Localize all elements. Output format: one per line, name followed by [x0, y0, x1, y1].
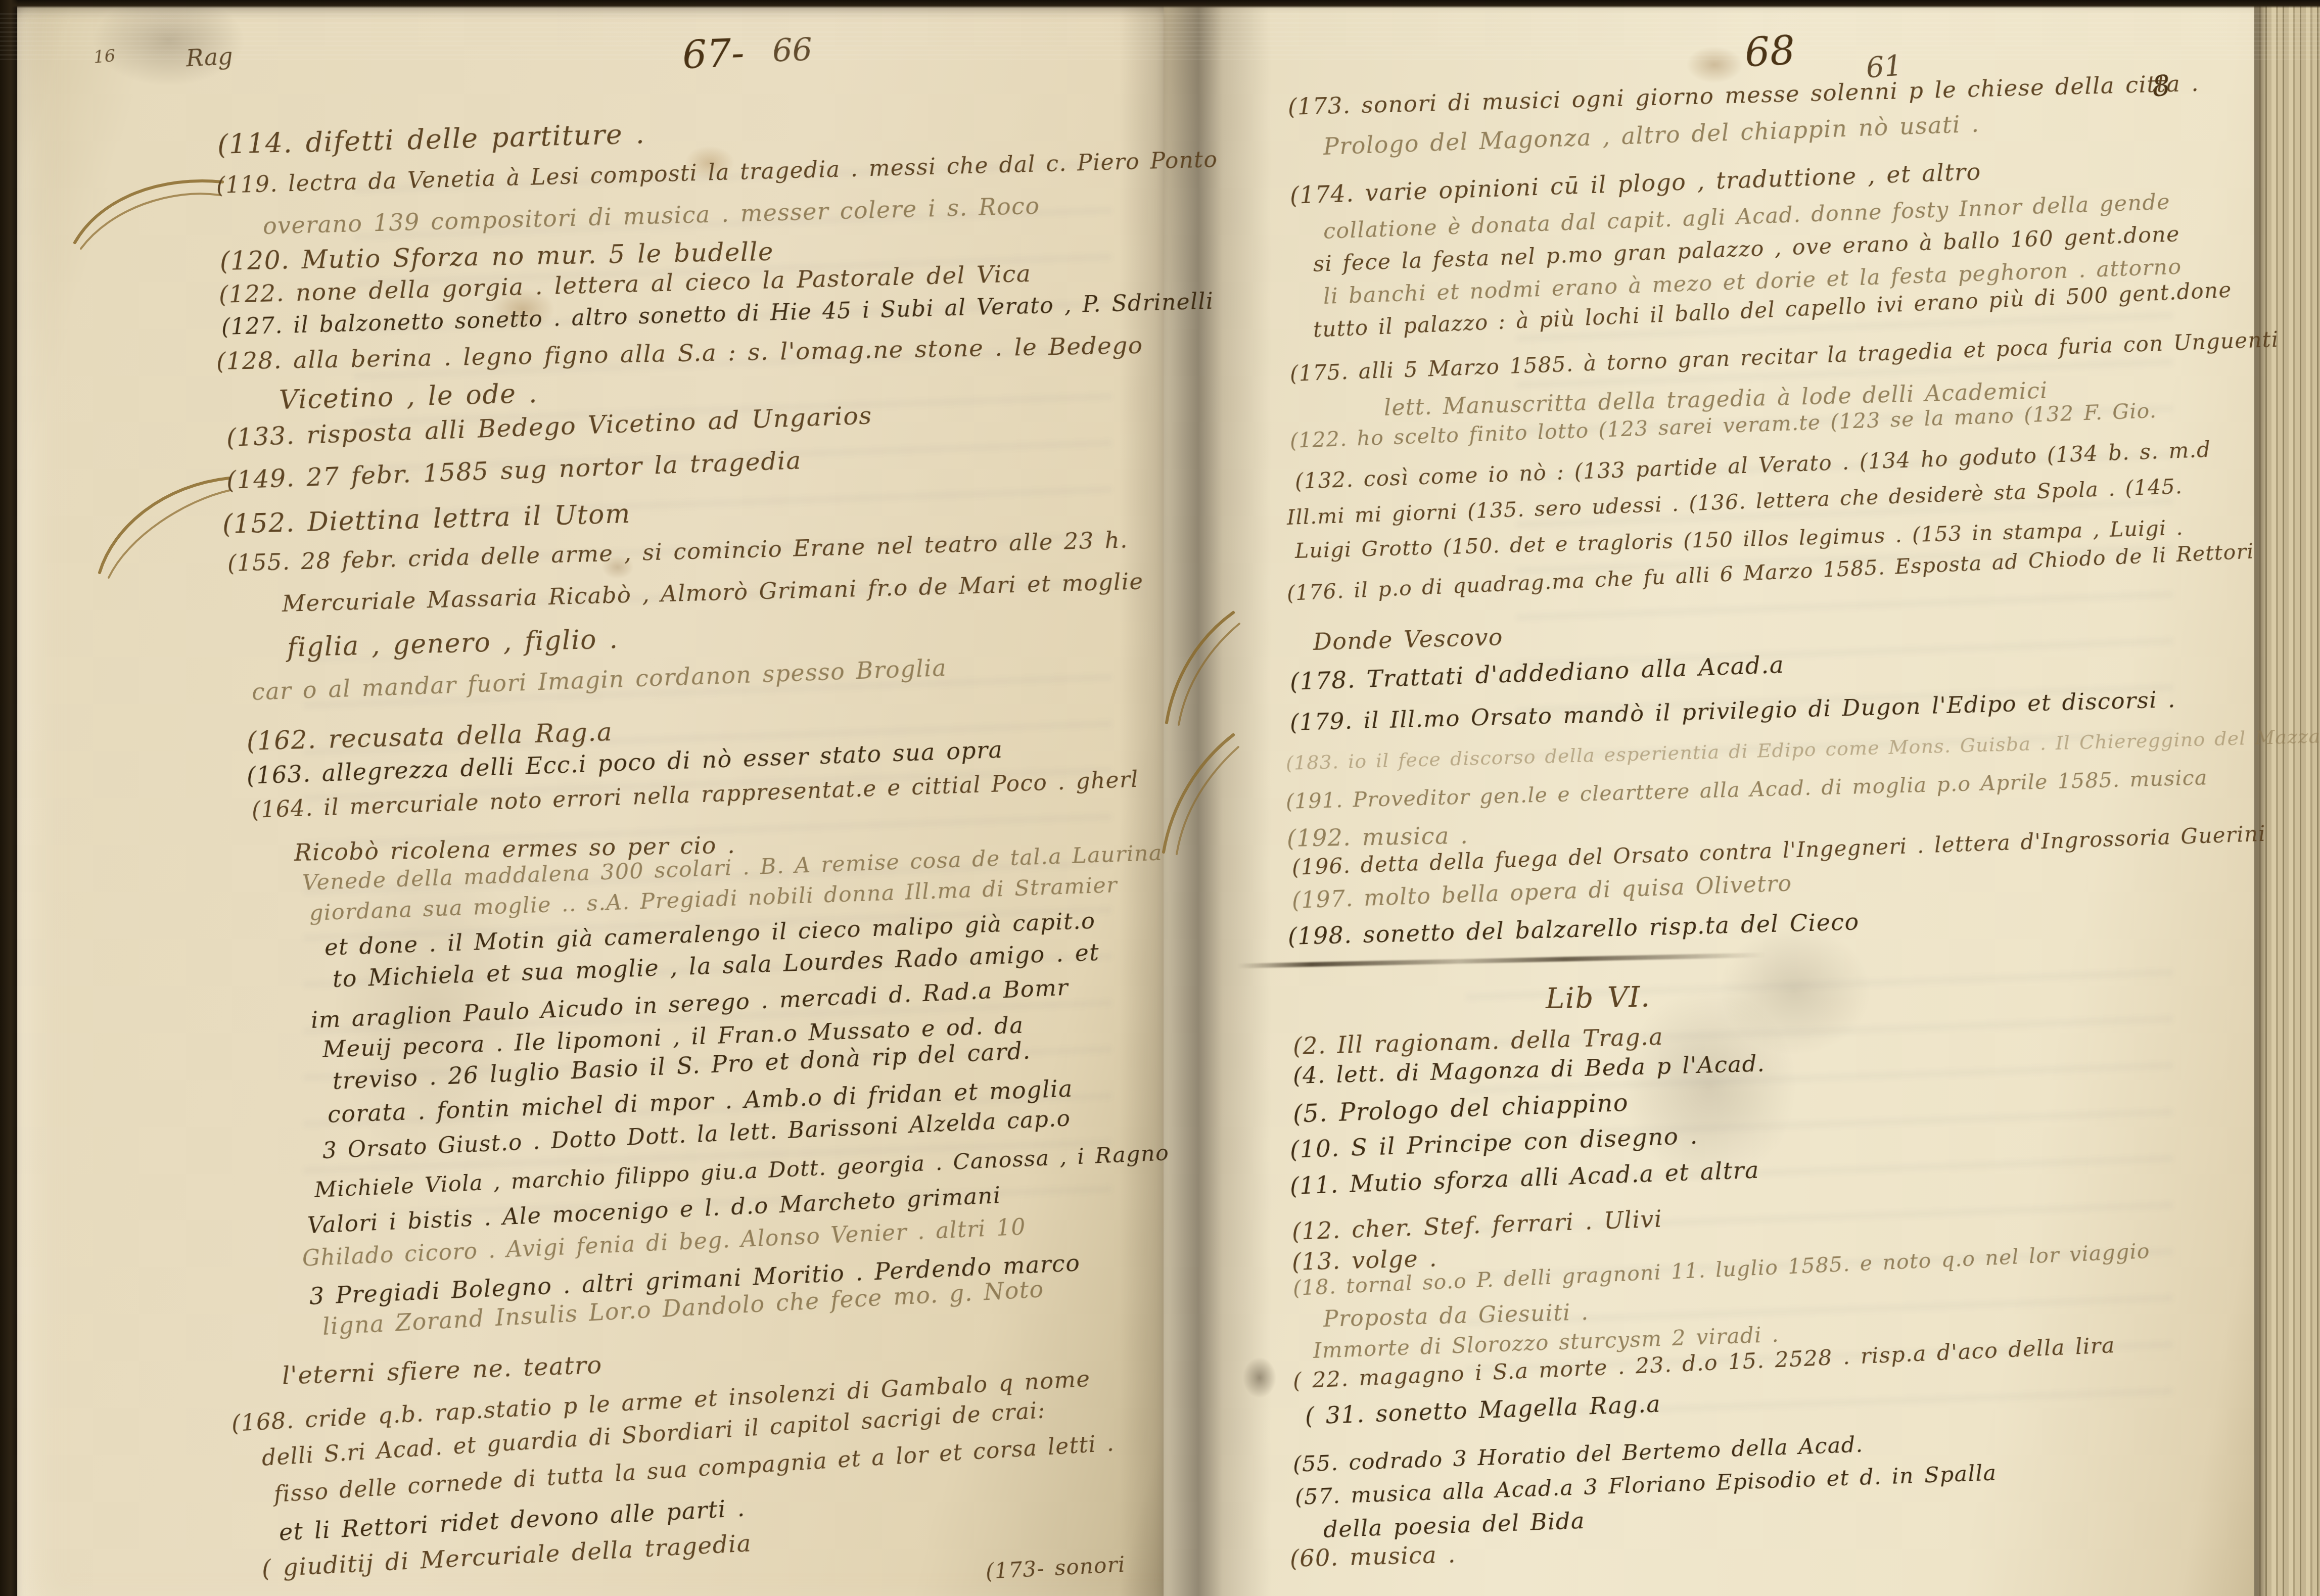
manuscript-line: (60. musica . [1289, 1540, 1456, 1572]
folio-number-ink-right: 68 [1744, 28, 1796, 76]
manuscript-line: (192. musica . [1287, 822, 1469, 852]
folio-number-ink-left: 67- [681, 30, 745, 77]
page-edge-stack [2254, 0, 2320, 1596]
corner-pencil-mark: Rag [185, 42, 234, 72]
manuscript-line: Donde Vescovo [1313, 623, 1503, 655]
scan-left-edge [0, 0, 18, 1596]
section-heading: Lib VI. [1545, 980, 1651, 1015]
manuscript-scan: 16 Rag 67- 66 68 61 8 (114. difetti dell… [0, 0, 2320, 1596]
scan-top-edge [0, 0, 2320, 8]
pen-flourish-mark [1153, 729, 1244, 860]
pen-flourish-mark [71, 167, 233, 255]
pen-flourish-mark [1157, 607, 1246, 731]
corner-ink-mark: 16 [93, 46, 116, 68]
pen-flourish-mark [94, 469, 238, 583]
folio-number-pencil-left: 66 [772, 31, 813, 69]
scanner-band-artifact [0, 13, 2320, 62]
